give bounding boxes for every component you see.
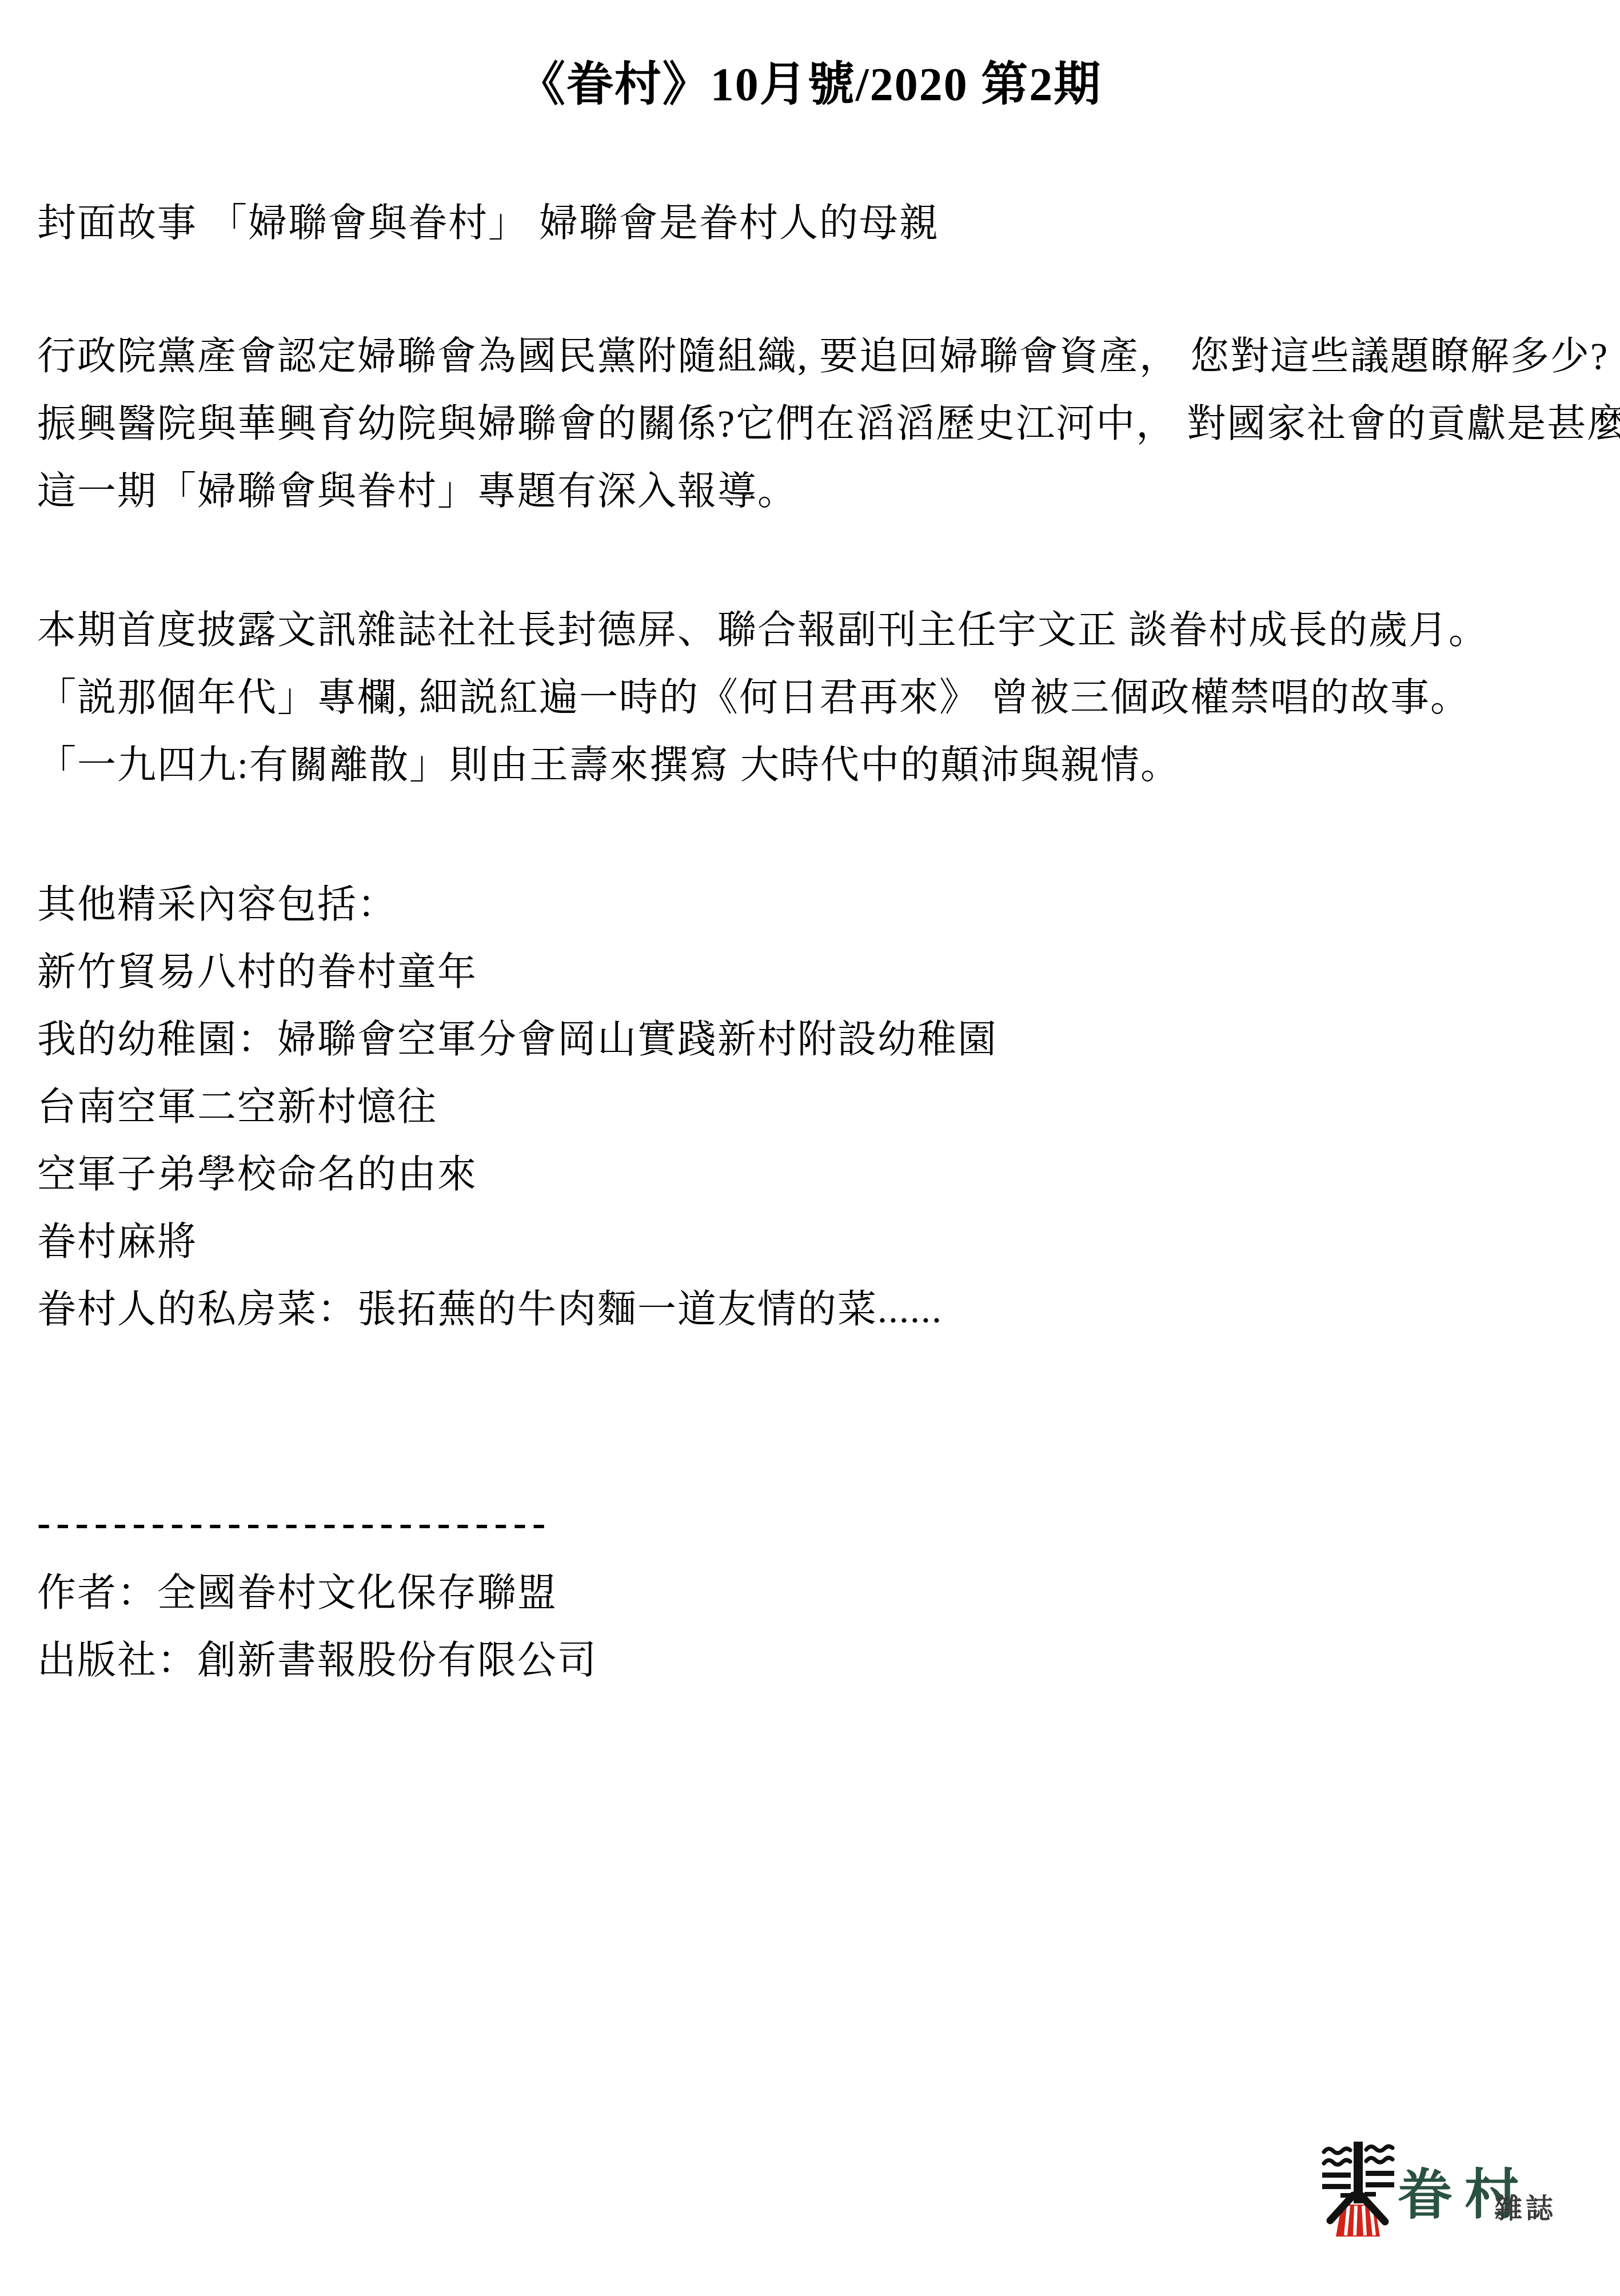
contents-item: 空軍子弟學校命名的由來	[37, 1141, 1586, 1208]
contents-item: 眷村麻將	[37, 1208, 1586, 1275]
colophon-block: 作者：全國眷村文化保存聯盟 出版社：創新書報股份有限公司	[37, 1559, 1586, 1694]
publisher-line: 出版社：創新書報股份有限公司	[37, 1627, 1586, 1694]
intro-line: 振興醫院與華興育幼院與婦聯會的關係?它們在滔滔歷史江河中， 對國家社會的貢獻是甚…	[37, 390, 1586, 457]
separator-dashes: ---------------------------	[37, 1490, 1586, 1557]
contents-item: 我的幼稚園：婦聯會空軍分會岡山實踐新村附設幼稚園	[37, 1006, 1586, 1073]
magazine-title: 《眷村》10月號/2020 第2期	[0, 45, 1620, 125]
intro-line: 這一期「婦聯會與眷村」專題有深入報導。	[37, 457, 1586, 525]
features-paragraph: 本期首度披露文訊雜誌社社長封德屏、聯合報副刊主任宇文正 談眷村成長的歲月。 「説…	[37, 596, 1586, 799]
feature-line: 本期首度披露文訊雜誌社社長封德屏、聯合報副刊主任宇文正 談眷村成長的歲月。	[37, 596, 1586, 664]
contents-item: 眷村人的私房菜：張拓蕪的牛肉麵一道友情的菜......	[37, 1275, 1586, 1343]
intro-paragraph: 行政院黨產會認定婦聯會為國民黨附隨組織, 要追回婦聯會資產， 您對這些議題瞭解多…	[37, 322, 1586, 525]
feature-line: 「一九四九:有關離散」則由王壽來撰寫 大時代中的顛沛與親情。	[37, 731, 1586, 799]
cover-story-line: 封面故事 「婦聯會與眷村」 婦聯會是眷村人的母親	[37, 189, 1586, 257]
juancun-seal-icon	[1321, 2138, 1395, 2238]
contents-heading: 其他精采內容包括：	[37, 871, 1586, 938]
logo-subtext: 雜誌	[1495, 2194, 1557, 2224]
magazine-description-page: 《眷村》10月號/2020 第2期 封面故事 「婦聯會與眷村」 婦聯會是眷村人的…	[0, 0, 1620, 2296]
other-contents-block: 其他精采內容包括： 新竹貿易八村的眷村童年 我的幼稚園：婦聯會空軍分會岡山實踐新…	[37, 871, 1586, 1343]
contents-item: 新竹貿易八村的眷村童年	[37, 938, 1586, 1006]
intro-line: 行政院黨產會認定婦聯會為國民黨附隨組織, 要追回婦聯會資產， 您對這些議題瞭解多…	[37, 322, 1586, 390]
separator-block: ---------------------------	[37, 1490, 1586, 1557]
feature-line: 「説那個年代」專欄, 細説紅遍一時的《何日君再來》 曾被三個政權禁唱的故事。	[37, 664, 1586, 731]
magazine-logo: 眷村 雜誌	[1318, 2137, 1586, 2243]
cover-story-block: 封面故事 「婦聯會與眷村」 婦聯會是眷村人的母親	[37, 189, 1586, 257]
contents-item: 台南空軍二空新村憶往	[37, 1073, 1586, 1141]
author-line: 作者：全國眷村文化保存聯盟	[37, 1559, 1586, 1627]
